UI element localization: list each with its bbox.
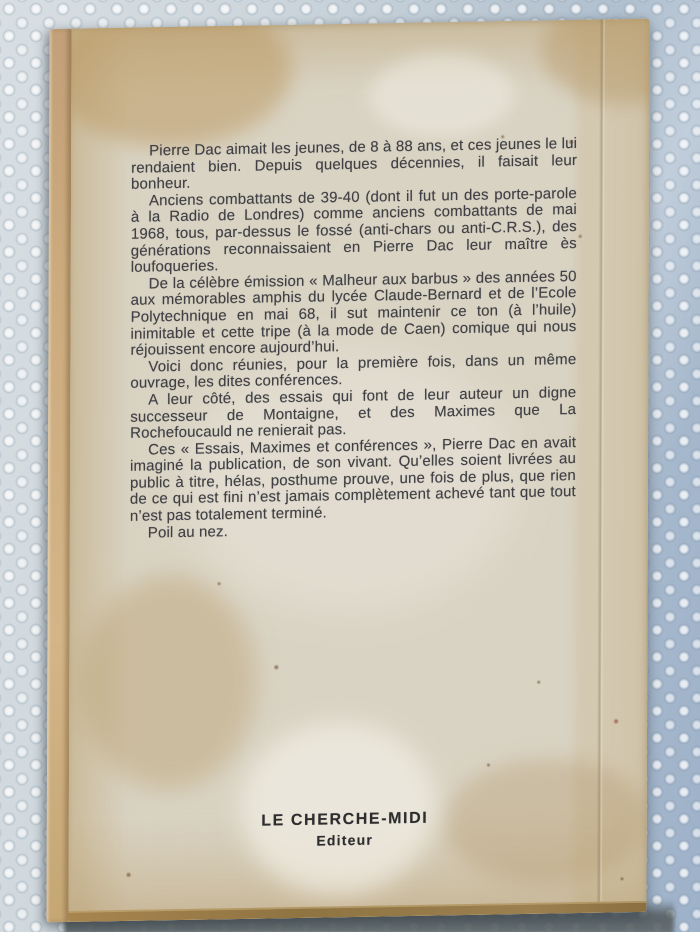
speck <box>621 877 624 880</box>
book-back-cover: Pierre Dac aimait les jeunes, de 8 à 88 … <box>46 19 649 923</box>
speck <box>614 719 618 723</box>
blurb-paragraph: Pierre Dac aimait les jeunes, de 8 à 88 … <box>131 136 577 194</box>
stain <box>241 721 437 896</box>
blurb-paragraph: Ces « Essais, Maximes et conférences », … <box>130 435 576 526</box>
blurb-paragraph: Anciens combattants de 39-40 (dont il fu… <box>131 186 577 277</box>
blurb-text: Pierre Dac aimait les jeunes, de 8 à 88 … <box>130 136 577 542</box>
speck <box>487 764 490 767</box>
blurb-paragraph: De la célèbre émission « Malheur aux bar… <box>130 269 576 360</box>
stain <box>541 19 649 106</box>
photo-scene: Pierre Dac aimait les jeunes, de 8 à 88 … <box>0 0 700 932</box>
speck <box>274 665 278 669</box>
page-edge-strip <box>46 29 71 923</box>
stain <box>81 574 257 792</box>
speck <box>537 681 540 684</box>
stain <box>68 28 133 922</box>
speck <box>127 873 131 877</box>
speck <box>218 582 221 585</box>
speck <box>579 235 582 238</box>
cover-surface: Pierre Dac aimait les jeunes, de 8 à 88 … <box>68 19 649 922</box>
stain <box>369 53 514 138</box>
stain <box>68 19 291 149</box>
blurb-paragraph: A leur côté, des essais qui font de leur… <box>130 385 576 443</box>
publisher-block: LE CHERCHE-MIDI Editeur <box>69 806 647 853</box>
cover-crease <box>596 19 605 912</box>
stain <box>71 19 649 99</box>
stain <box>573 19 649 913</box>
